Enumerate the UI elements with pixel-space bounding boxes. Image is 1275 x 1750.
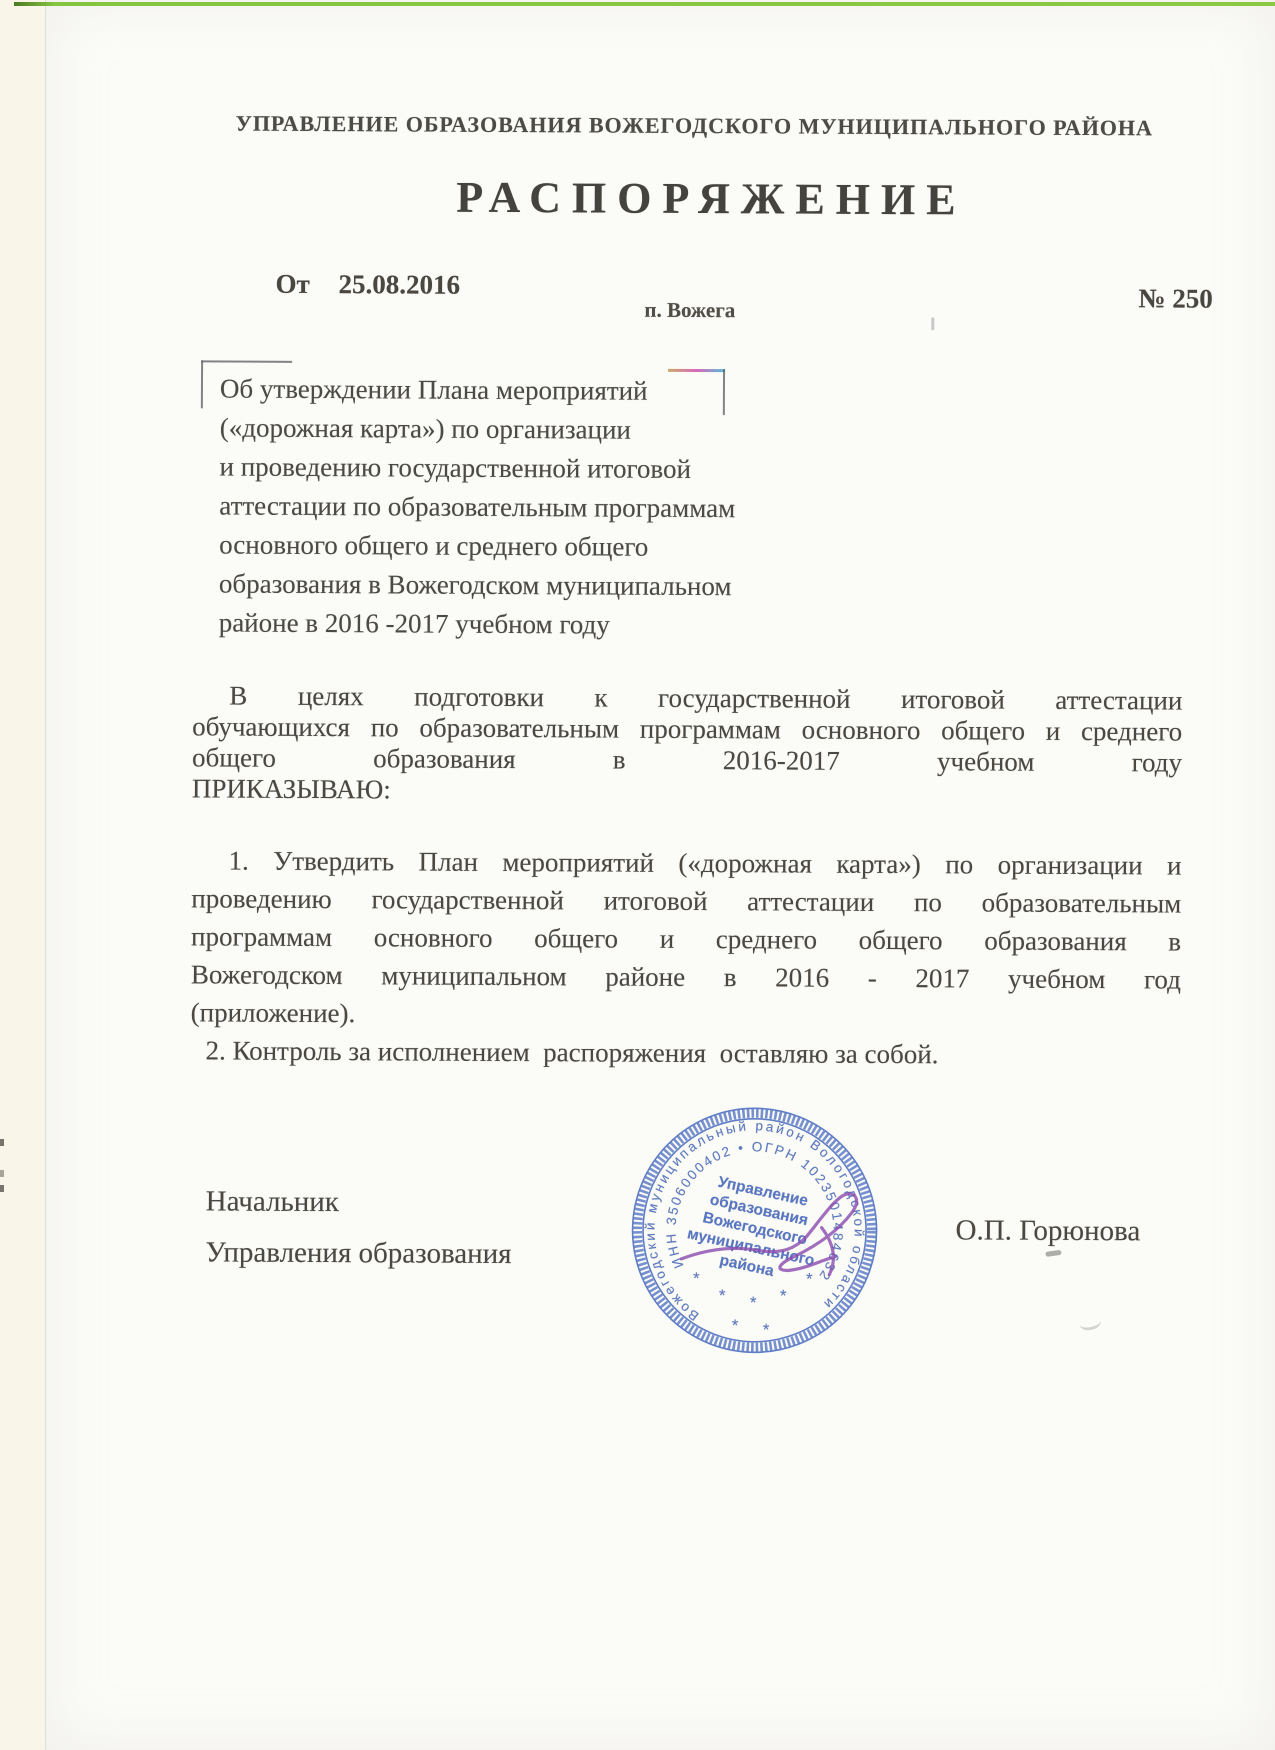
- scan-edge-mark: [0, 1185, 4, 1192]
- subject-corner-mark-left: [201, 360, 292, 362]
- scan-smudge: [1045, 1250, 1062, 1257]
- text-line: Об утверждении Плана мероприятий: [220, 369, 780, 411]
- text-line: ПРИКАЗЫВАЮ:: [192, 773, 1182, 809]
- pencil-mark: [1078, 1313, 1103, 1332]
- svg-text:*: *: [750, 1293, 757, 1312]
- text-line: основного общего и среднего общего: [219, 525, 779, 567]
- text-line: проведению государственной итоговой атте…: [191, 879, 1181, 922]
- text-line: 1. Утвердить План мероприятий («дорожная…: [191, 841, 1181, 884]
- subject-corner-mark-left-vertical: [201, 360, 203, 408]
- text-line: Вожегодском муниципальном районе в 2016 …: [191, 955, 1181, 998]
- order-item-2: 2. Контроль за исполнением распоряжения …: [190, 1031, 1180, 1074]
- scan-edge-mark: [0, 1170, 4, 1177]
- subject-block: Об утверждении Плана мероприятий(«дорожн…: [219, 369, 780, 645]
- scan-edge-mark: [0, 1139, 4, 1146]
- date-label: От: [275, 269, 309, 300]
- preamble-paragraph: В целях подготовки к государственной ито…: [192, 680, 1183, 809]
- document-date: 25.08.2016: [338, 269, 460, 301]
- scan-speck: [931, 317, 934, 330]
- place-name: п. Вожега: [644, 298, 735, 323]
- svg-text:*: *: [732, 1316, 739, 1335]
- signer-position-line1: Начальник: [206, 1176, 512, 1229]
- text-line: общего образования в 2016-2017 учебном г…: [192, 742, 1182, 778]
- text-line: программам основного общего и среднего о…: [191, 917, 1181, 960]
- organization-name: УПРАВЛЕНИЕ ОБРАЗОВАНИЯ ВОЖЕГОДСКОГО МУНИ…: [129, 110, 1259, 142]
- text-line: В целях подготовки к государственной ито…: [192, 680, 1182, 716]
- stamp-asterisks: * * * * * * *: [693, 1269, 813, 1340]
- text-line: и проведению государственной итоговой: [219, 447, 779, 489]
- svg-text:*: *: [693, 1269, 700, 1288]
- text-line: («дорожная карта») по организации: [220, 408, 780, 450]
- signer-name: О.П. Горюнова: [955, 1214, 1140, 1248]
- signer-position: Начальник Управления образования: [205, 1176, 512, 1280]
- text-line: обучающихся по образовательным программа…: [192, 711, 1182, 747]
- svg-text:*: *: [780, 1286, 787, 1305]
- document-content: УПРАВЛЕНИЕ ОБРАЗОВАНИЯ ВОЖЕГОДСКОГО МУНИ…: [0, 0, 1275, 1750]
- order-item-1: 1. Утвердить План мероприятий («дорожная…: [191, 841, 1182, 1036]
- scanned-document-page: УПРАВЛЕНИЕ ОБРАЗОВАНИЯ ВОЖЕГОДСКОГО МУНИ…: [0, 0, 1275, 1750]
- text-line: аттестации по образовательным программам: [219, 486, 779, 528]
- text-line: районе в 2016 -2017 учебном году: [219, 603, 779, 645]
- body-text: В целях подготовки к государственной ито…: [190, 680, 1182, 1074]
- round-official-stamp: Вожегодский муниципальный район Вологодс…: [623, 1099, 886, 1362]
- document-type-title: РАСПОРЯЖЕНИЕ: [149, 170, 1274, 227]
- svg-text:*: *: [806, 1270, 813, 1289]
- document-number: № 250: [1138, 283, 1213, 314]
- signer-position-line2: Управления образования: [205, 1227, 511, 1280]
- text-line: (приложение).: [191, 993, 1181, 1036]
- svg-text:*: *: [763, 1320, 770, 1339]
- svg-text:*: *: [719, 1286, 726, 1305]
- text-line: образования в Вожегодском муниципальном: [219, 564, 779, 606]
